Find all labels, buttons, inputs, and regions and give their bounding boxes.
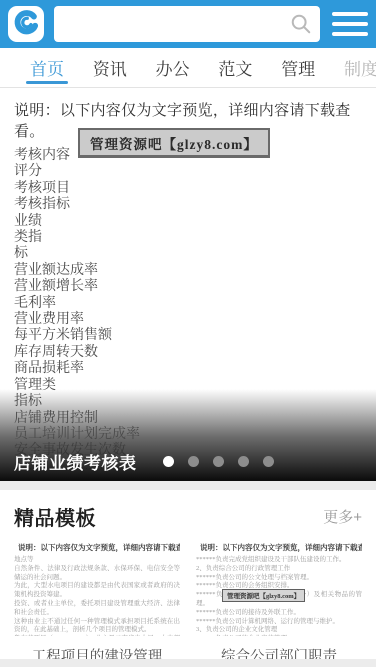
- watermark-badge: 管理资源吧【glzy8.com】: [78, 128, 270, 158]
- document-preview[interactable]: 说明：以下内容仅为文字预览，详细内容请下载查看。 考核内容评分考核项目考核指标业…: [0, 88, 376, 481]
- template-line: 2、负责综合公司的行政管理工作: [196, 565, 362, 574]
- carousel-dot-2[interactable]: [188, 456, 199, 467]
- preview-line: 业绩: [14, 214, 362, 230]
- site-logo[interactable]: [8, 6, 44, 42]
- preview-line: 每平方米销售额: [14, 328, 362, 344]
- template-cards: 说明：以下内容仅为文字预览，详细内容请下载查看。地点等自然条件、法律及行政法规条…: [14, 542, 362, 659]
- preview-line: 考核项目: [14, 181, 362, 197]
- search-icon[interactable]: [290, 13, 312, 35]
- carousel-dot-1[interactable]: [163, 456, 174, 467]
- template-preview-text: 说明：以下内容仅为文字预览，详细内容请下载查看。******负责完成党组织建设及…: [196, 542, 362, 636]
- nav-tab-5[interactable]: 管理: [279, 48, 317, 87]
- more-link[interactable]: 更多+: [323, 506, 362, 527]
- template-line: 投资、或者业主单位，委托项目建设管理重大经济、法律和社会责任。: [14, 600, 180, 618]
- carousel-dot-4[interactable]: [238, 456, 249, 467]
- preview-line: 库存周转天数: [14, 345, 362, 361]
- search-box[interactable]: [54, 6, 320, 42]
- carousel-dot-5[interactable]: [263, 456, 274, 467]
- template-line: ******负责完成党组织建设及干部队伍建设的工作。: [196, 556, 362, 565]
- section-divider: [0, 481, 376, 490]
- featured-templates-section: 精品模板 更多+ 说明：以下内容仅为文字预览，详细内容请下载查看。地点等自然条件…: [0, 490, 376, 659]
- preview-line: 类指: [14, 230, 362, 246]
- carousel-bar: 店铺业绩考核表: [0, 441, 376, 481]
- template-line: 为此，大型水电项目的建设都是由代表国家或者政府的决策机构投资筹建。: [14, 582, 180, 600]
- template-notice: 说明：以下内容仅为文字预览，详细内容请下载查看。: [18, 542, 180, 553]
- template-line: 自然条件、法律及行政法规条款、水保环保、电信安全等储运的社会问题。: [14, 565, 180, 583]
- template-card[interactable]: 说明：以下内容仅为文字预览，详细内容请下载查看。地点等自然条件、法律及行政法规条…: [14, 542, 180, 659]
- nav-tab-2[interactable]: 资讯: [91, 48, 129, 87]
- preview-line: 营业费用率: [14, 312, 362, 328]
- preview-line: 考核指标: [14, 197, 362, 213]
- logo-icon: [11, 7, 41, 42]
- carousel-slide-title[interactable]: 店铺业绩考核表: [14, 449, 137, 474]
- template-line: 鲁布革项目（1982～1986）、业主是云南省电力局，水电部鲁布革工程管理局作为…: [14, 635, 180, 636]
- template-line: 3、负责公司的企业文化管理: [196, 626, 362, 635]
- preview-line: 营业额达成率: [14, 263, 362, 279]
- nav-tab-6[interactable]: 制度: [342, 48, 376, 87]
- section-title: 精品模板: [14, 502, 96, 531]
- template-title[interactable]: 工程项目的建设管理: [14, 645, 180, 659]
- nav-tabs: 首页资讯办公范文管理制度: [0, 48, 376, 88]
- preview-line: 商品损耗率: [14, 361, 362, 377]
- mobile-page: 首页资讯办公范文管理制度 说明：以下内容仅为文字预览，详细内容请下载查看。 考核…: [0, 0, 376, 667]
- templates-header: 精品模板 更多+: [14, 502, 362, 531]
- template-title[interactable]: 综合公司部门职责: [196, 645, 362, 659]
- template-card[interactable]: 说明：以下内容仅为文字预览，详细内容请下载查看。******负责完成党组织建设及…: [196, 542, 362, 659]
- template-line: 地点等: [14, 556, 180, 565]
- template-line: ******负责公司的接待及外联工作。: [196, 609, 362, 618]
- menu-icon[interactable]: [332, 10, 368, 38]
- preview-line: 评分: [14, 164, 362, 180]
- search-input[interactable]: [54, 6, 320, 42]
- preview-line: 标: [14, 246, 362, 262]
- preview-line: 营业额增长率: [14, 279, 362, 295]
- template-line: 这种由业主不通过任何一种管理模式承担项目托系统在出资的，在此基础上，剖析几个项目…: [14, 618, 180, 636]
- template-preview-text: 说明：以下内容仅为文字预览，详细内容请下载查看。地点等自然条件、法律及行政法规条…: [14, 542, 180, 636]
- app-header: [0, 0, 376, 48]
- template-notice: 说明：以下内容仅为文字预览，详细内容请下载查看。: [200, 542, 362, 553]
- carousel-overlay: 店铺业绩考核表: [0, 389, 376, 481]
- preview-line: 毛利率: [14, 296, 362, 312]
- nav-tab-4[interactable]: 范文: [216, 48, 254, 87]
- watermark-badge: 管理资源吧【glzy8.com】: [222, 589, 305, 602]
- nav-tab-1[interactable]: 首页: [28, 48, 66, 87]
- nav-tab-3[interactable]: 办公: [154, 48, 192, 87]
- template-line: ******负责公司的企业宣传管理。: [196, 635, 362, 636]
- carousel-dot-3[interactable]: [213, 456, 224, 467]
- carousel-dots: [163, 456, 274, 467]
